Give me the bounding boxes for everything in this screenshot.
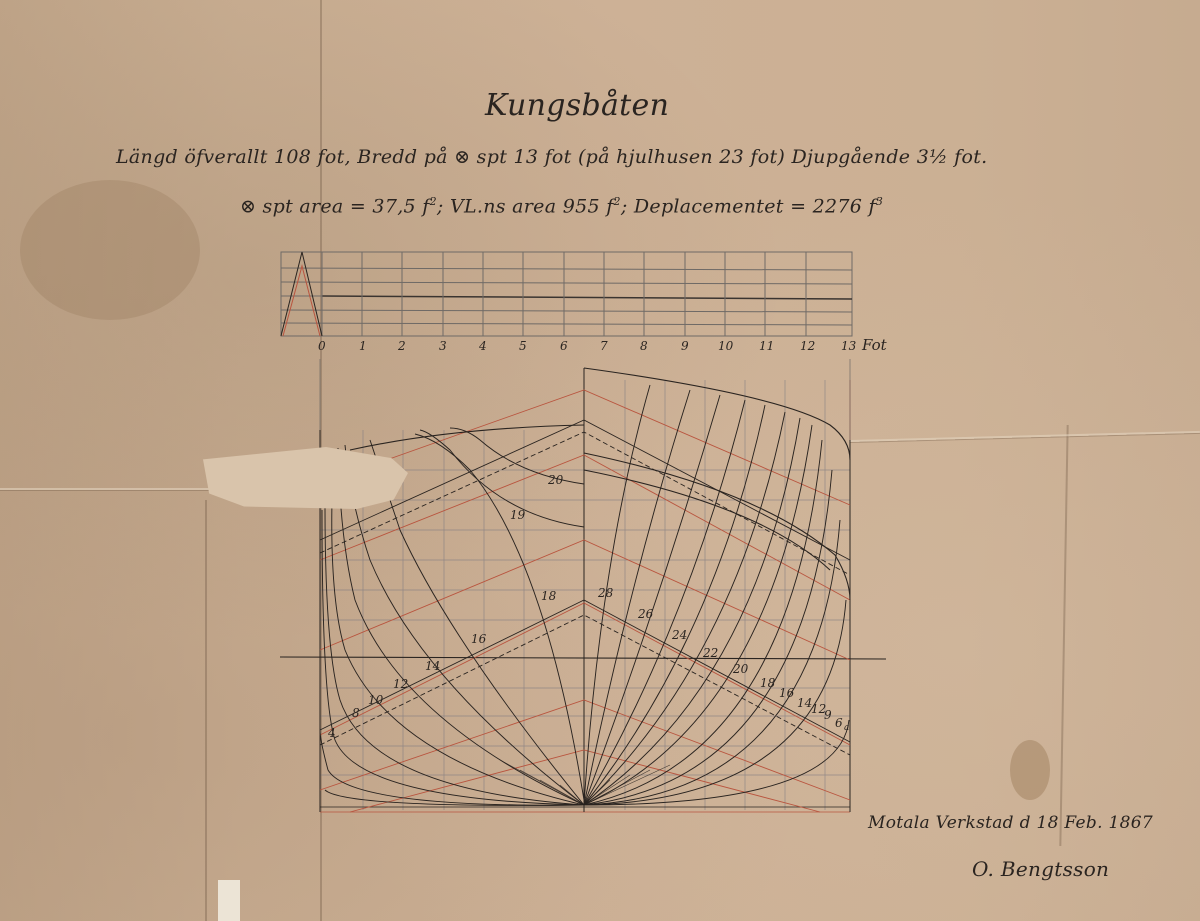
svg-text:13: 13	[841, 339, 857, 353]
svg-text:16: 16	[779, 686, 795, 700]
svg-text:5: 5	[519, 339, 527, 353]
load-waterline	[280, 657, 886, 659]
svg-text:7: 7	[600, 339, 608, 353]
paper-edge	[218, 880, 240, 921]
sheer-lines	[350, 368, 850, 600]
svg-text:9: 9	[681, 339, 689, 353]
svg-text:10: 10	[368, 693, 384, 707]
body-plan-drawing: 0 1 2 3 4 5 6 7 8 9 10 11 12 13 Fot	[0, 0, 1200, 921]
svg-text:a: a	[844, 723, 849, 733]
svg-text:12: 12	[800, 339, 815, 353]
svg-text:4: 4	[478, 339, 487, 353]
svg-text:8: 8	[640, 339, 648, 353]
svg-text:14: 14	[425, 659, 440, 673]
svg-text:Fot: Fot	[861, 336, 888, 354]
svg-text:12: 12	[393, 677, 408, 691]
svg-text:6: 6	[835, 716, 843, 730]
svg-text:19: 19	[510, 508, 526, 522]
svg-text:1: 1	[359, 339, 367, 353]
svg-text:11: 11	[759, 339, 774, 353]
svg-text:28: 28	[597, 586, 614, 600]
svg-text:22: 22	[702, 646, 718, 660]
svg-text:14: 14	[797, 696, 812, 710]
svg-text:20: 20	[732, 662, 749, 676]
place-date: Motala Verkstad d 18 Feb. 1867	[868, 813, 1153, 833]
svg-text:4: 4	[327, 726, 336, 740]
svg-text:26: 26	[637, 607, 654, 621]
svg-text:20: 20	[547, 473, 564, 487]
signature: O. Bengtsson	[972, 857, 1109, 881]
svg-text:18: 18	[760, 676, 776, 690]
svg-text:10: 10	[718, 339, 734, 353]
svg-text:2: 2	[397, 339, 406, 353]
svg-text:3: 3	[439, 339, 447, 353]
station-labels-right: 28 26 24 22 20 18 16 14 12 9 6 a	[597, 586, 849, 733]
scale-bar	[281, 252, 852, 336]
svg-text:0: 0	[318, 339, 326, 353]
svg-text:9: 9	[824, 708, 832, 722]
station-labels-left: 4 8 10 12 14 16 18 19 20	[327, 473, 564, 740]
scale-bar-ticks: 0 1 2 3 4 5 6 7 8 9 10 11 12 13 Fot	[318, 336, 888, 354]
svg-text:18: 18	[541, 589, 557, 603]
body-plan-grid	[320, 380, 850, 810]
svg-text:24: 24	[671, 628, 687, 642]
svg-text:16: 16	[471, 632, 487, 646]
svg-text:6: 6	[560, 339, 568, 353]
svg-text:8: 8	[352, 706, 360, 720]
stations-right	[584, 385, 849, 805]
